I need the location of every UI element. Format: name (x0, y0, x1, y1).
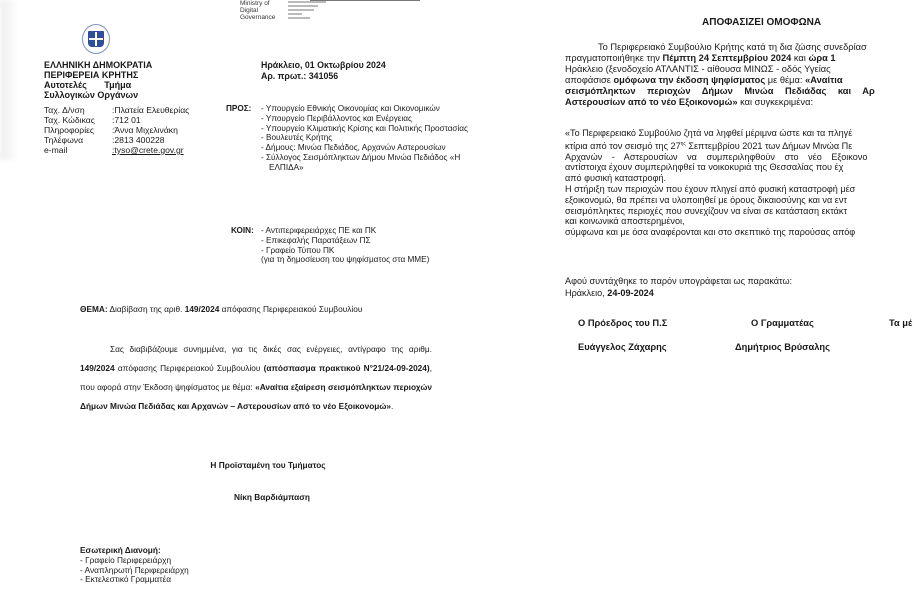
cover-letter-page: Ministry of Digital Governance ΕΛΛΗΝΙΚΗ … (0, 0, 500, 612)
body-minutes-ref: (απόσπασμα πρακτικού Ν°21/24-09-2024) (264, 363, 430, 373)
text-line: και κοινωνικά αποστερημένοι, (565, 216, 920, 227)
contact-value: :712 01 (112, 115, 141, 125)
subject-line: ΘΕΜΑ: Διαβίβαση της αριθ. 149/2024 απόφα… (80, 304, 362, 314)
contact-row: Ταχ. Κώδικας :712 01 (44, 115, 189, 125)
signatory-title-members: Τα μέ (889, 318, 912, 328)
body-decision-number: 149/2024 (80, 363, 115, 373)
decision-page: ΑΠΟΦΑΣΙΖΕΙ ΟΜΟΦΩΝΑ Το Περιφερειακό Συμβο… (560, 0, 920, 612)
cc-item: - Αντιπεριφερειάρχες ΠΕ και ΠΚ (261, 226, 491, 236)
text-line: Ηράκλειο (ξενοδοχείο ΑΤΛΑΝΤΙΣ - αίθουσα … (565, 64, 920, 75)
recipient-item: - Υπουργείο Εθνικής Οικονομίας και Οικον… (261, 104, 486, 114)
issuer-line-1: ΕΛΛΗΝΙΚΗ ΔΗΜΟΚΡΑΤΙΑ (44, 60, 152, 70)
recipients-label: ΠΡΟΣ: (226, 104, 251, 114)
text-line: Η στήριξη των περιοχών που έχουν πληγεί … (565, 184, 920, 195)
resolution-text: «Το Περιφερειακό Συμβούλιο ζητά να ληφθε… (565, 128, 920, 238)
text-line: αποφάσισε ομόφωνα την έκδοση ψηφίσματος … (565, 75, 920, 86)
cc-block: ΚΟΙΝ: - Αντιπεριφερειάρχες ΠΕ και ΠΚ - Ε… (231, 226, 491, 265)
cc-item: (για τη δημοσίευση του ψηφίσματος στα ΜΜ… (261, 255, 491, 265)
subject-decision-number: 149/2024 (185, 304, 220, 314)
contact-key: Ταχ. Κώδικας (44, 115, 112, 125)
cross-shield-icon (88, 31, 104, 47)
text-line: πραγματοποιήθηκε την Πέμπτη 24 Σεπτεμβρί… (565, 53, 920, 64)
decision-title: ΑΠΟΦΑΣΙΖΕΙ ΟΜΟΦΩΝΑ (702, 17, 821, 28)
cc-list: - Αντιπεριφερειάρχες ΠΕ και ΠΚ - Επικεφα… (261, 226, 491, 265)
contact-value: :Άννα Μιχελινάκη (112, 125, 178, 135)
decision-intro: Το Περιφερειακό Συμβούλιο Κρήτης κατά τη… (565, 42, 920, 108)
signatory-name-president: Ευάγγελος Ζάχαρης (578, 342, 667, 352)
stamp-ministry-label: Ministry of Digital Governance (240, 0, 275, 21)
issuer-line-2: ΠΕΡΙΦΕΡΕΙΑ ΚΡΗΤΗΣ (44, 70, 152, 80)
cc-item: - Επικεφαλής Παρατάξεων ΠΣ (261, 236, 491, 246)
text-line: από φυσική καταστροφή. (565, 173, 920, 184)
internal-distribution: Εσωτερική Διανομή: - Γραφείο Περιφερειάρ… (80, 546, 189, 585)
body-text: Σας διαβιβάζουμε συνημμένα, για τις δικέ… (110, 344, 432, 354)
recipients-block: ΠΡΟΣ: - Υπουργείο Εθνικής Οικονομίας και… (226, 104, 486, 173)
signatory-title: Η Προϊσταμένη του Τμήματος (18, 460, 518, 470)
recipient-item: - Σύλλογος Σεισμόπληκτων Δήμου Μινώα Πεδ… (261, 153, 486, 173)
document-date: Ηράκλειο, 01 Οκτωβρίου 2024 (261, 60, 386, 71)
protocol-number: Αρ. πρωτ.: 341056 (261, 71, 386, 82)
text-line: Αστερουσίων από το νέο Εξοικονομώ» και σ… (565, 97, 920, 108)
contact-key: e-mail (44, 145, 112, 155)
document-viewer: Ministry of Digital Governance ΕΛΛΗΝΙΚΗ … (0, 0, 920, 612)
signing-place-date: Ηράκλειο, 24-09-2024 (565, 288, 792, 300)
digital-signature-stamp: Ministry of Digital Governance (240, 0, 420, 28)
recipient-item: - Υπουργείο Περιβάλλοντος και Ενέργειας (261, 114, 486, 124)
stamp-details (288, 1, 328, 21)
signing-line: Αφού συντάχθηκε το παρόν υπογράφεται ως … (565, 276, 792, 288)
body-text: απόφασης Περιφερειακού Συμβουλίου (115, 363, 264, 373)
distribution-item: - Εκτελεστικό Γραμματέα (80, 575, 189, 585)
issuer-line-3: Αυτοτελές Τμήμα (44, 80, 152, 90)
subject-text-after: απόφασης Περιφερειακού Συμβουλίου (219, 304, 362, 314)
text-line: Αρχανών - Αστερουσίων να συμπεριληφθούν … (565, 152, 920, 163)
cc-item: - Γραφείο Τύπου ΠΚ (261, 246, 491, 256)
issuer-line-4: Συλλογικών Οργάνων (44, 90, 152, 100)
contact-info: Ταχ. Δ/νση :Πλατεία Ελευθερίας Ταχ. Κώδι… (44, 105, 189, 155)
cover-letter-body: Σας διαβιβάζουμε συνημμένα, για τις δικέ… (80, 340, 432, 416)
text-line: αντίστοιχα έχουν συμπεριληφθεί τα νοικοκ… (565, 162, 920, 173)
text-line: σεισμόπληκτων περιοχών Δήμων Μινώα Πεδιά… (565, 86, 920, 97)
email-link[interactable]: :tyso@crete.gov.gr (112, 145, 184, 155)
date-protocol-block: Ηράκλειο, 01 Οκτωβρίου 2024 Αρ. πρωτ.: 3… (261, 60, 386, 82)
text-line: κτίρια από τον σεισμό της 27ης Σεπτεμβρί… (565, 139, 920, 152)
signatory-name: Νίκη Βαρδιάμπαση (22, 492, 522, 502)
signatory-title-secretary: Ο Γραμματέας (751, 318, 814, 328)
recipients-list: - Υπουργείο Εθνικής Οικονομίας και Οικον… (261, 104, 486, 173)
signatory-name-secretary: Δημήτριος Βρύσαλης (735, 342, 830, 352)
contact-value: :2813 400228 (112, 135, 165, 145)
subject-label: ΘΕΜΑ: (80, 304, 108, 314)
body-text: . (391, 401, 393, 411)
recipient-item: - Βουλευτές Κρήτης (261, 133, 486, 143)
contact-row: e-mail :tyso@crete.gov.gr (44, 145, 189, 155)
contact-row: Ταχ. Δ/νση :Πλατεία Ελευθερίας (44, 105, 189, 115)
contact-key: Πληροφορίες (44, 125, 112, 135)
contact-key: Τηλέφωνα (44, 135, 112, 145)
text-line: Το Περιφερειακό Συμβούλιο Κρήτης κατά τη… (565, 42, 920, 53)
contact-row: Πληροφορίες :Άννα Μιχελινάκη (44, 125, 189, 135)
text-line: εξοικονομώ, θα πρέπει να υλοποιηθεί με ό… (565, 195, 920, 206)
greek-coat-of-arms-icon (82, 24, 110, 54)
signing-statement: Αφού συντάχθηκε το παρόν υπογράφεται ως … (565, 276, 792, 299)
subject-text-before: Διαβίβαση της αριθ. (108, 304, 185, 314)
recipient-item: - Δήμους: Μινώα Πεδιάδος, Αρχανών Αστερο… (261, 143, 486, 153)
cc-label: ΚΟΙΝ: (231, 226, 254, 236)
signatory-title-president: Ο Πρόεδρος του Π.Σ (578, 318, 667, 328)
text-line: σεισμόπληκτες περιοχές που συνεχίζουν να… (565, 206, 920, 217)
text-line: σύμφωνα και με όσα αναφέρονται και στο σ… (565, 227, 920, 238)
contact-key: Ταχ. Δ/νση (44, 105, 112, 115)
contact-row: Τηλέφωνα :2813 400228 (44, 135, 189, 145)
text-line: «Το Περιφερειακό Συμβούλιο ζητά να ληφθε… (565, 128, 920, 139)
issuer-header: ΕΛΛΗΝΙΚΗ ΔΗΜΟΚΡΑΤΙΑ ΠΕΡΙΦΕΡΕΙΑ ΚΡΗΤΗΣ Αυ… (44, 60, 152, 100)
recipient-item: - Υπουργείο Κλιματικής Κρίσης και Πολιτι… (261, 124, 486, 134)
contact-value: :Πλατεία Ελευθερίας (112, 105, 189, 115)
